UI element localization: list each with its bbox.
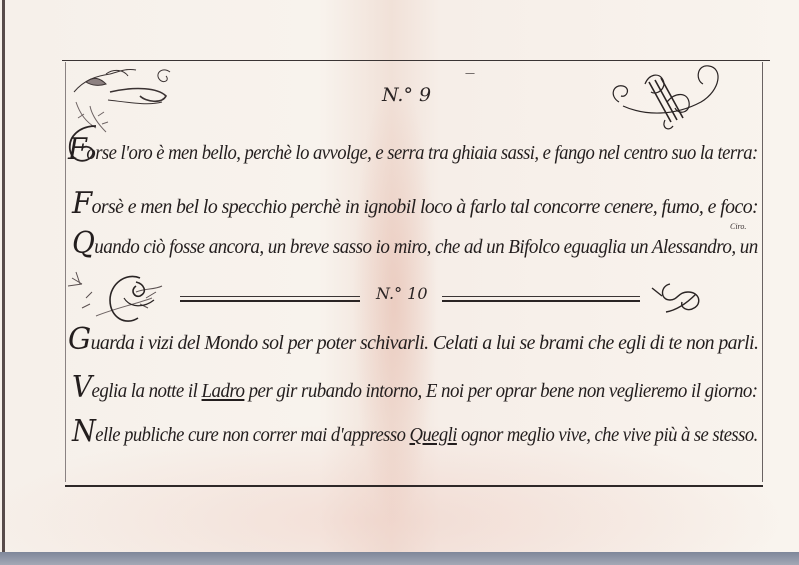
frame-bottom-rule bbox=[65, 485, 763, 487]
binding-edge bbox=[2, 0, 5, 553]
frame-top-rule bbox=[62, 60, 770, 61]
verse-line-10-3: Nelle publiche cure non correr mai d'app… bbox=[72, 414, 758, 449]
verse-text: uarda i vizi del Mondo sol per poter sch… bbox=[91, 332, 759, 354]
verse-text: uando ciò fosse ancora, un breve sasso i… bbox=[94, 236, 757, 258]
section-number-10: N.° 10 bbox=[376, 284, 428, 303]
verse-line-9-3: Quando ciò fosse ancora, un breve sasso … bbox=[72, 226, 758, 261]
verse-line-10-1: Guarda i vizi del Mondo sol per poter sc… bbox=[68, 322, 758, 357]
initial-letter: V bbox=[72, 370, 91, 405]
underlined-word: Quegli bbox=[409, 424, 456, 446]
verse-line-9-1: Forse l'oro è men bello, perchè lo avvol… bbox=[68, 132, 758, 167]
verse-text: orsè e men bel lo specchio perchè in ign… bbox=[92, 196, 759, 218]
underlined-word: Ladro bbox=[202, 380, 245, 402]
verse-line-9-2: Forsè e men bel lo specchio perchè in ig… bbox=[72, 186, 758, 221]
stray-mark: — bbox=[465, 68, 475, 79]
section-number-9: N.° 9 bbox=[382, 84, 431, 106]
frame-right-rule bbox=[762, 62, 763, 482]
initial-letter: G bbox=[68, 322, 91, 357]
knot-flourish-icon bbox=[605, 62, 735, 134]
verse-text-after: ognor meglio vive, che vive più à se ste… bbox=[457, 424, 758, 446]
decorative-rule-left bbox=[180, 296, 360, 302]
scanner-background bbox=[0, 552, 799, 565]
verse-text: eglia la notte il bbox=[91, 380, 201, 402]
initial-letter: N bbox=[72, 414, 95, 449]
flourish-s-icon bbox=[648, 278, 708, 318]
initial-letter: F bbox=[72, 186, 92, 221]
verse-text: orse l'oro è men bello, perchè lo avvolg… bbox=[86, 142, 757, 164]
verse-line-10-2: Veglia la notte il Ladro per gir rubando… bbox=[72, 370, 758, 405]
verse-text: elle publiche cure non correr mai d'appr… bbox=[95, 424, 409, 446]
decorative-rule-right bbox=[442, 296, 640, 302]
initial-letter: F bbox=[68, 132, 86, 167]
verse-text-after: per gir rubando intorno, E noi per oprar… bbox=[244, 380, 757, 402]
superscript-note: Ciro. bbox=[730, 222, 746, 231]
scanned-page: N.° 9 — Forse l'oro è men bello, perchè … bbox=[0, 0, 799, 553]
initial-letter: Q bbox=[72, 226, 94, 261]
